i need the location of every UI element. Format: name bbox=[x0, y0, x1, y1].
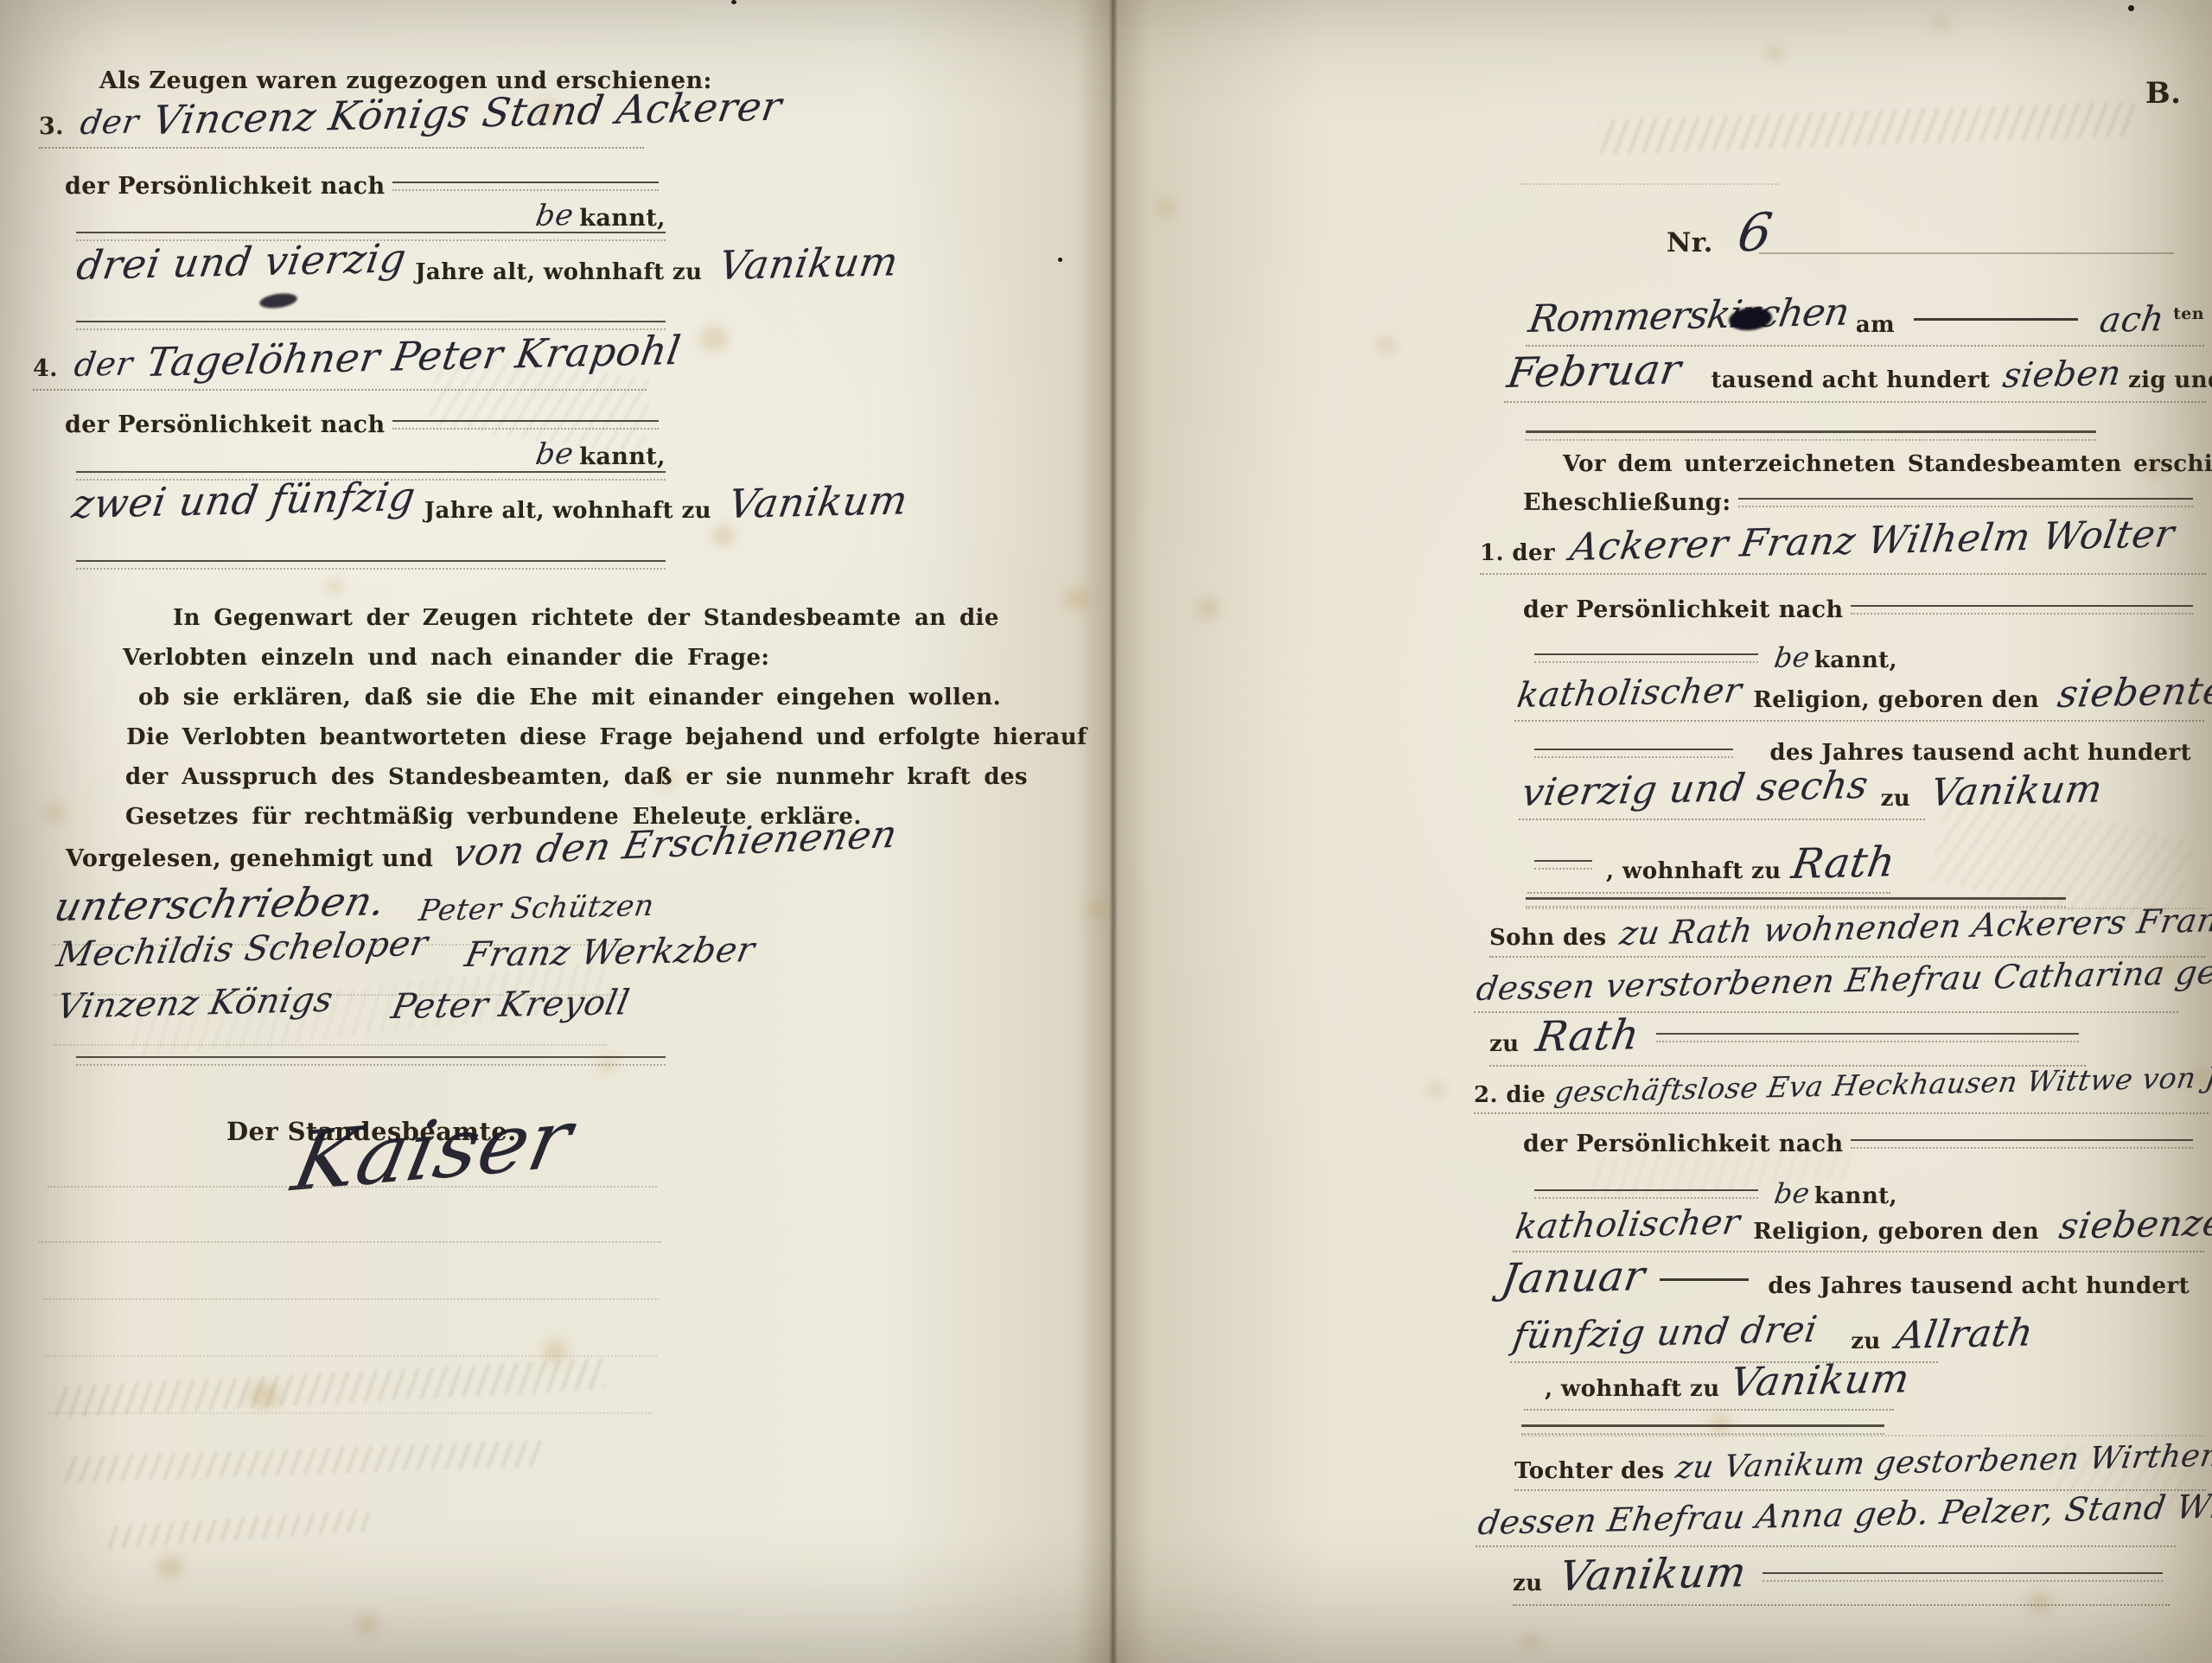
declaration-line: Die Verlobten beantworteten diese Frage … bbox=[126, 724, 1087, 750]
bride-origin-hw-1: zu Vanikum gestorbenen Wirthen Bernard H… bbox=[1673, 1429, 2212, 1486]
fox-spot bbox=[1428, 1082, 1444, 1096]
groom-year-row: des Jahres tausend acht hundert bbox=[1527, 740, 2191, 766]
witness4-residence-hw: Vanikum bbox=[725, 476, 911, 527]
blank-fill-line bbox=[1763, 1572, 2163, 1582]
fox-spot bbox=[327, 579, 342, 593]
bleed-through-text bbox=[101, 1508, 370, 1550]
blank-fill-line bbox=[1656, 1033, 2079, 1042]
blank-fill-line bbox=[392, 420, 660, 430]
ruled-line bbox=[43, 1298, 659, 1300]
fox-spot bbox=[1196, 598, 1219, 619]
bride-origin-row-3: zu Vanikum bbox=[1513, 1552, 2170, 1601]
bleed-through-line bbox=[1520, 183, 1779, 185]
groom-birth-day-hw: siebenten März bbox=[2055, 666, 2212, 717]
bride-religion-row: katholischer Religion, geboren den siebe… bbox=[1513, 1205, 2204, 1247]
blank-dash bbox=[1914, 318, 2078, 321]
kannt-label: kannt, bbox=[579, 205, 666, 232]
witness3-age-row: drei und vierzig Jahre alt, wohnhaft zu … bbox=[73, 242, 670, 289]
signature-row: Vinzenz Königs Peter Kreyoll bbox=[54, 987, 607, 1027]
form-rule bbox=[76, 560, 666, 570]
groom-origin-row-1: Sohn des zu Rath wohnenden Ackerers Fran… bbox=[1489, 914, 2205, 953]
fox-spot bbox=[45, 804, 64, 821]
day-suffix-label: ten bbox=[2173, 304, 2204, 323]
bride-origin-row-2: dessen Ehefrau Anna geb. Pelzer, Stand W… bbox=[1476, 1504, 2176, 1542]
am-label: am bbox=[1856, 312, 1895, 338]
wohnhaft-zu-label: , wohnhaft zu bbox=[1606, 858, 1782, 884]
blank-fill-line bbox=[1851, 1139, 2194, 1149]
groom-origin-residence-hw: Rath bbox=[1533, 1010, 1643, 1061]
witness4-age-row: zwei und fünfzig Jahre alt, wohnhaft zu … bbox=[69, 481, 670, 527]
blank-dash bbox=[1660, 1278, 1749, 1281]
sohn-des-label: Sohn des bbox=[1489, 925, 1607, 951]
fox-spot bbox=[1767, 47, 1782, 61]
jahre-alt-label: Jahre alt, wohnhaft zu bbox=[424, 498, 711, 524]
des-jahres-label: des Jahres tausend acht hundert bbox=[1768, 1273, 2190, 1299]
bride-birthyear-row: fünfzig und drei zu Allrath bbox=[1510, 1314, 1938, 1358]
witness3-identity-row: der Persönlichkeit nach bbox=[65, 173, 666, 200]
zu-label: zu bbox=[1489, 1031, 1519, 1057]
vorgelesen-row: Vorgelesen, genehmigt und von den Erschi… bbox=[66, 831, 671, 876]
declaration-line: Verlobten einzeln und nach einander die … bbox=[123, 645, 769, 671]
fox-spot bbox=[1087, 901, 1108, 920]
declaration-line: der Ausspruch des Standesbeamten, daß er… bbox=[125, 764, 1028, 790]
fox-spot bbox=[700, 327, 728, 351]
form-rule bbox=[76, 1056, 666, 1066]
be-hw: be bbox=[533, 436, 576, 472]
bride-name-hw: geschäftslose Eva Heckhausen Wittwe von … bbox=[1552, 1055, 2212, 1109]
signature-hw: Mechildis Scheloper bbox=[54, 924, 431, 975]
bride-origin-row-1: Tochter des zu Vanikum gestorbenen Wirth… bbox=[1514, 1450, 2206, 1486]
zu-label: zu bbox=[1851, 1328, 1880, 1354]
signature-baseline bbox=[54, 1044, 607, 1046]
witness4-name-hw: Tagelöhner Peter Krapohl bbox=[143, 327, 684, 385]
blank-fill-line bbox=[1851, 605, 2194, 615]
nr-label: Nr. bbox=[1667, 227, 1713, 258]
groom-residence-row: , wohnhaft zu Rath bbox=[1527, 840, 1890, 889]
signature-hw: Peter Kreyoll bbox=[388, 983, 633, 1027]
be-hw: be bbox=[533, 198, 576, 233]
day-hw: ach bbox=[2097, 299, 2167, 341]
month-year-row: Februar tausend acht hundert sieben zig … bbox=[1504, 349, 2206, 398]
blank-fill-line bbox=[1534, 749, 1733, 758]
groom-birth-place-hw: Vanikum bbox=[1928, 768, 2106, 815]
signature-hw: Vinzenz Königs bbox=[54, 980, 336, 1027]
ink-fleck bbox=[2128, 5, 2134, 11]
fox-spot bbox=[1523, 1635, 1540, 1649]
ink-fleck bbox=[731, 0, 736, 4]
blank-fill-line bbox=[1534, 653, 1758, 663]
place-date-row: Rommerskirchen am ach ten bbox=[1526, 297, 2204, 341]
persoenlichkeit-label: der Persönlichkeit nach bbox=[65, 173, 386, 200]
fox-spot bbox=[1378, 337, 1395, 353]
year-printed-a: tausend acht hundert bbox=[1711, 367, 1990, 393]
record-number-row: Nr. 6 bbox=[1667, 204, 1768, 264]
blank-fill-line bbox=[1534, 1189, 1758, 1199]
groom-number: 1. der bbox=[1480, 540, 1555, 566]
be-hw: be bbox=[1772, 640, 1813, 674]
witness4-number: 4. bbox=[33, 355, 58, 382]
bride-birth-place-hw: Allrath bbox=[1893, 1310, 2037, 1358]
bride-name-row: 2. die geschäftslose Eva Heckhausen Witt… bbox=[1474, 1075, 2209, 1109]
groom-identity-row: der Persönlichkeit nach bbox=[1523, 596, 2200, 623]
month-hw: Februar bbox=[1504, 345, 1685, 398]
witness4-bekannt-row: be kannt, bbox=[484, 437, 666, 472]
zu-label: zu bbox=[1881, 786, 1910, 812]
bride-residence-hw: Vanikum bbox=[1727, 1354, 1913, 1405]
witness4-age-hw: zwei und fünfzig bbox=[69, 473, 419, 527]
ruled-line bbox=[48, 1186, 657, 1188]
bride-birth-year-hw: fünfzig und drei bbox=[1510, 1308, 1820, 1357]
groom-name-hw: Ackerer Franz Wilhelm Wolter bbox=[1567, 512, 2177, 570]
unterschrieben-row: unterschrieben. Peter Schützen bbox=[50, 883, 666, 930]
bride-religion-hw: katholischer bbox=[1513, 1202, 1743, 1247]
year-printed-b: zig und bbox=[2128, 367, 2212, 393]
fox-spot bbox=[543, 1340, 567, 1362]
bride-birth-month-hw: Januar bbox=[1498, 1252, 1648, 1303]
witness3-name-row: 3. der Vincenz Königs Stand Ackerer bbox=[39, 97, 644, 143]
bleed-through-text bbox=[51, 1358, 605, 1418]
fox-spot bbox=[1157, 199, 1176, 216]
ink-smudge bbox=[258, 291, 298, 310]
bride-residence-row: , wohnhaft zu Vanikum bbox=[1524, 1359, 1894, 1405]
section-rule bbox=[1526, 430, 2096, 441]
registry-book-photo: Als Zeugen waren zugezogen und erschiene… bbox=[0, 0, 2212, 1663]
declaration-line: In Gegenwart der Zeugen richtete der Sta… bbox=[173, 605, 999, 631]
religion-geboren-label: Religion, geboren den bbox=[1753, 1219, 2039, 1245]
intro-line: Vor dem unterzeichneten Standesbeamten e… bbox=[1563, 451, 2212, 477]
witness3-number: 3. bbox=[39, 113, 64, 140]
blank-fill-line bbox=[1738, 498, 2193, 507]
groom-birth-year-hw: vierzig und sechs bbox=[1519, 763, 1871, 815]
page-corner-letter: B. bbox=[2145, 76, 2181, 111]
kannt-label: kannt, bbox=[1814, 647, 1897, 673]
section-rule bbox=[1521, 1424, 1884, 1435]
persoenlichkeit-label: der Persönlichkeit nach bbox=[65, 411, 386, 438]
groom-origin-row-2: dessen verstorbenen Ehefrau Catharina ge… bbox=[1474, 970, 2178, 1008]
des-jahres-label: des Jahres tausend acht hundert bbox=[1769, 740, 2191, 766]
fox-spot bbox=[157, 1556, 183, 1578]
signature-row: Mechildis Scheloper Franz Werkzber bbox=[54, 935, 659, 975]
nr-underline bbox=[1759, 252, 2174, 254]
fox-spot bbox=[356, 1615, 379, 1634]
fox-spot bbox=[1935, 17, 1948, 29]
bride-birth-day-hw: siebenzehnten bbox=[2056, 1199, 2212, 1247]
kannt-label: kannt, bbox=[579, 443, 666, 470]
ruled-line bbox=[45, 1355, 657, 1357]
witness3-age-hw: drei und vierzig bbox=[73, 234, 410, 289]
groom-residence-hw: Rath bbox=[1788, 838, 1899, 889]
groom-religion-hw: katholischer bbox=[1514, 671, 1744, 716]
place-hw: Rommerskirchen bbox=[1526, 290, 1852, 341]
year-hw-a: sieben bbox=[2000, 354, 2124, 396]
blank-fill-line bbox=[1534, 860, 1592, 870]
persoenlichkeit-label: der Persönlichkeit nach bbox=[1523, 596, 1844, 623]
witness3-article-hw: der bbox=[78, 102, 142, 142]
religion-geboren-label: Religion, geboren den bbox=[1753, 687, 2039, 713]
tochter-des-label: Tochter des bbox=[1514, 1458, 1665, 1484]
nr-value-hw: 6 bbox=[1734, 201, 1776, 264]
wohnhaft-zu-label: , wohnhaft zu bbox=[1545, 1376, 1720, 1402]
declaration-line: ob sie erklären, daß sie die Ehe mit ein… bbox=[138, 685, 1001, 710]
eheschliessung-label: Eheschließung: bbox=[1523, 489, 1731, 516]
bride-origin-residence-hw: Vanikum bbox=[1556, 1548, 1750, 1601]
persoenlichkeit-label: der Persönlichkeit nach bbox=[1523, 1131, 1844, 1157]
jahre-alt-label: Jahre alt, wohnhaft zu bbox=[415, 259, 702, 285]
groom-birthyear-row: vierzig und sechs zu Vanikum bbox=[1519, 771, 1925, 815]
bleed-through-text bbox=[61, 1440, 545, 1483]
bride-origin-hw-2: dessen Ehefrau Anna geb. Pelzer, Stand W… bbox=[1476, 1485, 2212, 1542]
witness3-bekannt-row: be kannt, bbox=[484, 199, 666, 233]
fox-spot bbox=[712, 526, 735, 546]
ruled-line bbox=[48, 1412, 653, 1414]
eheschliessung-row: Eheschließung: bbox=[1523, 489, 2200, 516]
groom-origin-row-3: zu Rath bbox=[1489, 1013, 2086, 1061]
blank-fill-line bbox=[392, 182, 660, 191]
vorgelesen-label: Vorgelesen, genehmigt und bbox=[66, 845, 433, 872]
signature-hw: Peter Schützen bbox=[417, 889, 657, 928]
groom-bekannt-row: be kannt, bbox=[1527, 641, 1897, 674]
bleed-through-text bbox=[1598, 101, 2135, 155]
witness4-name-row: 4. der Tagelöhner Peter Krapohl bbox=[33, 339, 647, 385]
fox-spot bbox=[1065, 588, 1091, 610]
groom-religion-row: katholischer Religion, geboren den siebe… bbox=[1514, 672, 2204, 717]
ruled-line bbox=[39, 1241, 661, 1243]
bride-birthmonth-row: Januar des Jahres tausend acht hundert bbox=[1498, 1255, 2190, 1303]
signature-hw: Franz Werkzber bbox=[462, 930, 758, 975]
witness4-article-hw: der bbox=[72, 344, 136, 384]
bride-number: 2. die bbox=[1474, 1082, 1546, 1108]
unterschrieben-hw: unterschrieben. bbox=[50, 877, 391, 930]
ink-fleck bbox=[1058, 258, 1062, 262]
groom-name-row: 1. der Ackerer Franz Wilhelm Wolter bbox=[1480, 526, 2206, 570]
witness4-identity-row: der Persönlichkeit nach bbox=[65, 411, 666, 438]
bride-identity-row: der Persönlichkeit nach bbox=[1523, 1131, 2200, 1157]
witness3-residence-hw: Vanikum bbox=[716, 238, 902, 289]
book-gutter bbox=[1109, 0, 1118, 1663]
zu-label: zu bbox=[1513, 1571, 1542, 1596]
registrar-signature-hw: Kaiser bbox=[285, 1092, 579, 1210]
ruled-line bbox=[1521, 1435, 2204, 1437]
